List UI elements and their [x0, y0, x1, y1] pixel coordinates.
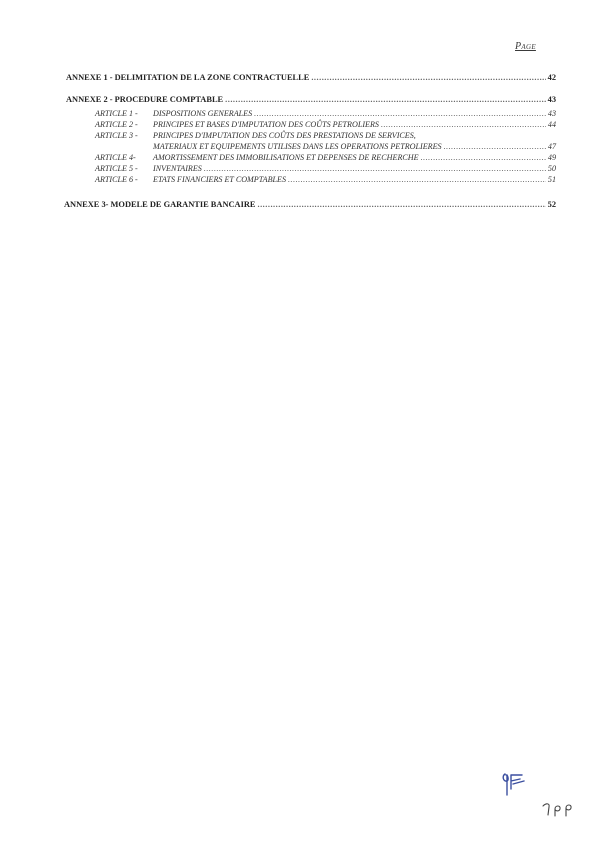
signature-initials-second	[541, 800, 583, 823]
toc-entry-page: 52	[548, 200, 556, 209]
handwritten-initials-icon	[541, 800, 583, 818]
toc-entry-annex-3[interactable]: ANNEXE 3- MODELE DE GARANTIE BANCAIRE 52	[64, 200, 556, 209]
toc-entry-title: INVENTAIRES	[153, 164, 202, 173]
toc-entry-page: 44	[548, 120, 556, 129]
toc-entry-title: ANNEXE 3- MODELE DE GARANTIE BANCAIRE	[64, 200, 255, 209]
toc-entry-article-1[interactable]: ARTICLE 1 - DISPOSITIONS GENERALES 43	[95, 109, 556, 118]
toc-entry-annex-2[interactable]: ANNEXE 2 - PROCEDURE COMPTABLE 43	[66, 95, 556, 104]
toc-entry-page: 50	[548, 164, 556, 173]
toc-entry-title: ETATS FINANCIERS ET COMPTABLES	[153, 175, 286, 184]
toc-entry-article-3[interactable]: ARTICLE 3 - PRINCIPES D'IMPUTATION DES C…	[95, 131, 556, 140]
dot-leader	[257, 200, 545, 209]
toc-entry-article-4[interactable]: ARTICLE 4- AMORTISSEMENT DES IMMOBILISAT…	[95, 153, 556, 162]
toc-entry-page: 43	[548, 109, 556, 118]
toc-entry-title: PRINCIPES D'IMPUTATION DES COÛTS DES PRE…	[153, 131, 416, 140]
dot-leader	[421, 153, 546, 162]
dot-leader	[204, 164, 546, 173]
toc-entry-title: AMORTISSEMENT DES IMMOBILISATIONS ET DEP…	[153, 153, 419, 162]
toc-entry-page: 42	[548, 73, 556, 82]
toc-entry-title: ANNEXE 2 - PROCEDURE COMPTABLE	[66, 95, 223, 104]
toc-entry-article-2[interactable]: ARTICLE 2 - PRINCIPES ET BASES D'IMPUTAT…	[95, 120, 556, 129]
dot-leader	[311, 73, 545, 82]
article-number: ARTICLE 6 -	[95, 175, 153, 184]
toc-entry-article-6[interactable]: ARTICLE 6 - ETATS FINANCIERS ET COMPTABL…	[95, 175, 556, 184]
toc-entry-title: PRINCIPES ET BASES D'IMPUTATION DES COÛT…	[153, 120, 379, 129]
article-number: ARTICLE 1 -	[95, 109, 153, 118]
dot-leader	[444, 142, 546, 151]
toc-entry-title: DISPOSITIONS GENERALES	[153, 109, 252, 118]
toc-entry-article-5[interactable]: ARTICLE 5 - INVENTAIRES 50	[95, 164, 556, 173]
toc-entry-page: 49	[548, 153, 556, 162]
toc-entry-article-3-continued[interactable]: MATERIAUX ET EQUIPEMENTS UTILISES DANS L…	[153, 142, 556, 151]
article-number: ARTICLE 2 -	[95, 120, 153, 129]
toc-entry-title: ANNEXE 1 - DELIMITATION DE LA ZONE CONTR…	[66, 73, 309, 82]
article-number: ARTICLE 5 -	[95, 164, 153, 173]
article-number: ARTICLE 3 -	[95, 131, 153, 140]
toc-entry-page: 51	[548, 175, 556, 184]
toc-entry-page: 47	[548, 142, 556, 151]
dot-leader	[254, 109, 546, 118]
toc-entry-title-continued: MATERIAUX ET EQUIPEMENTS UTILISES DANS L…	[153, 142, 442, 151]
dot-leader	[381, 120, 546, 129]
toc-entry-page: 43	[548, 95, 556, 104]
signature-initials-first	[500, 771, 530, 802]
handwritten-initials-icon	[500, 771, 530, 797]
article-number: ARTICLE 4-	[95, 153, 153, 162]
page-column-label: Page	[515, 41, 536, 52]
dot-leader	[225, 95, 546, 104]
dot-leader	[288, 175, 546, 184]
toc-entry-annex-1[interactable]: ANNEXE 1 - DELIMITATION DE LA ZONE CONTR…	[66, 73, 556, 82]
